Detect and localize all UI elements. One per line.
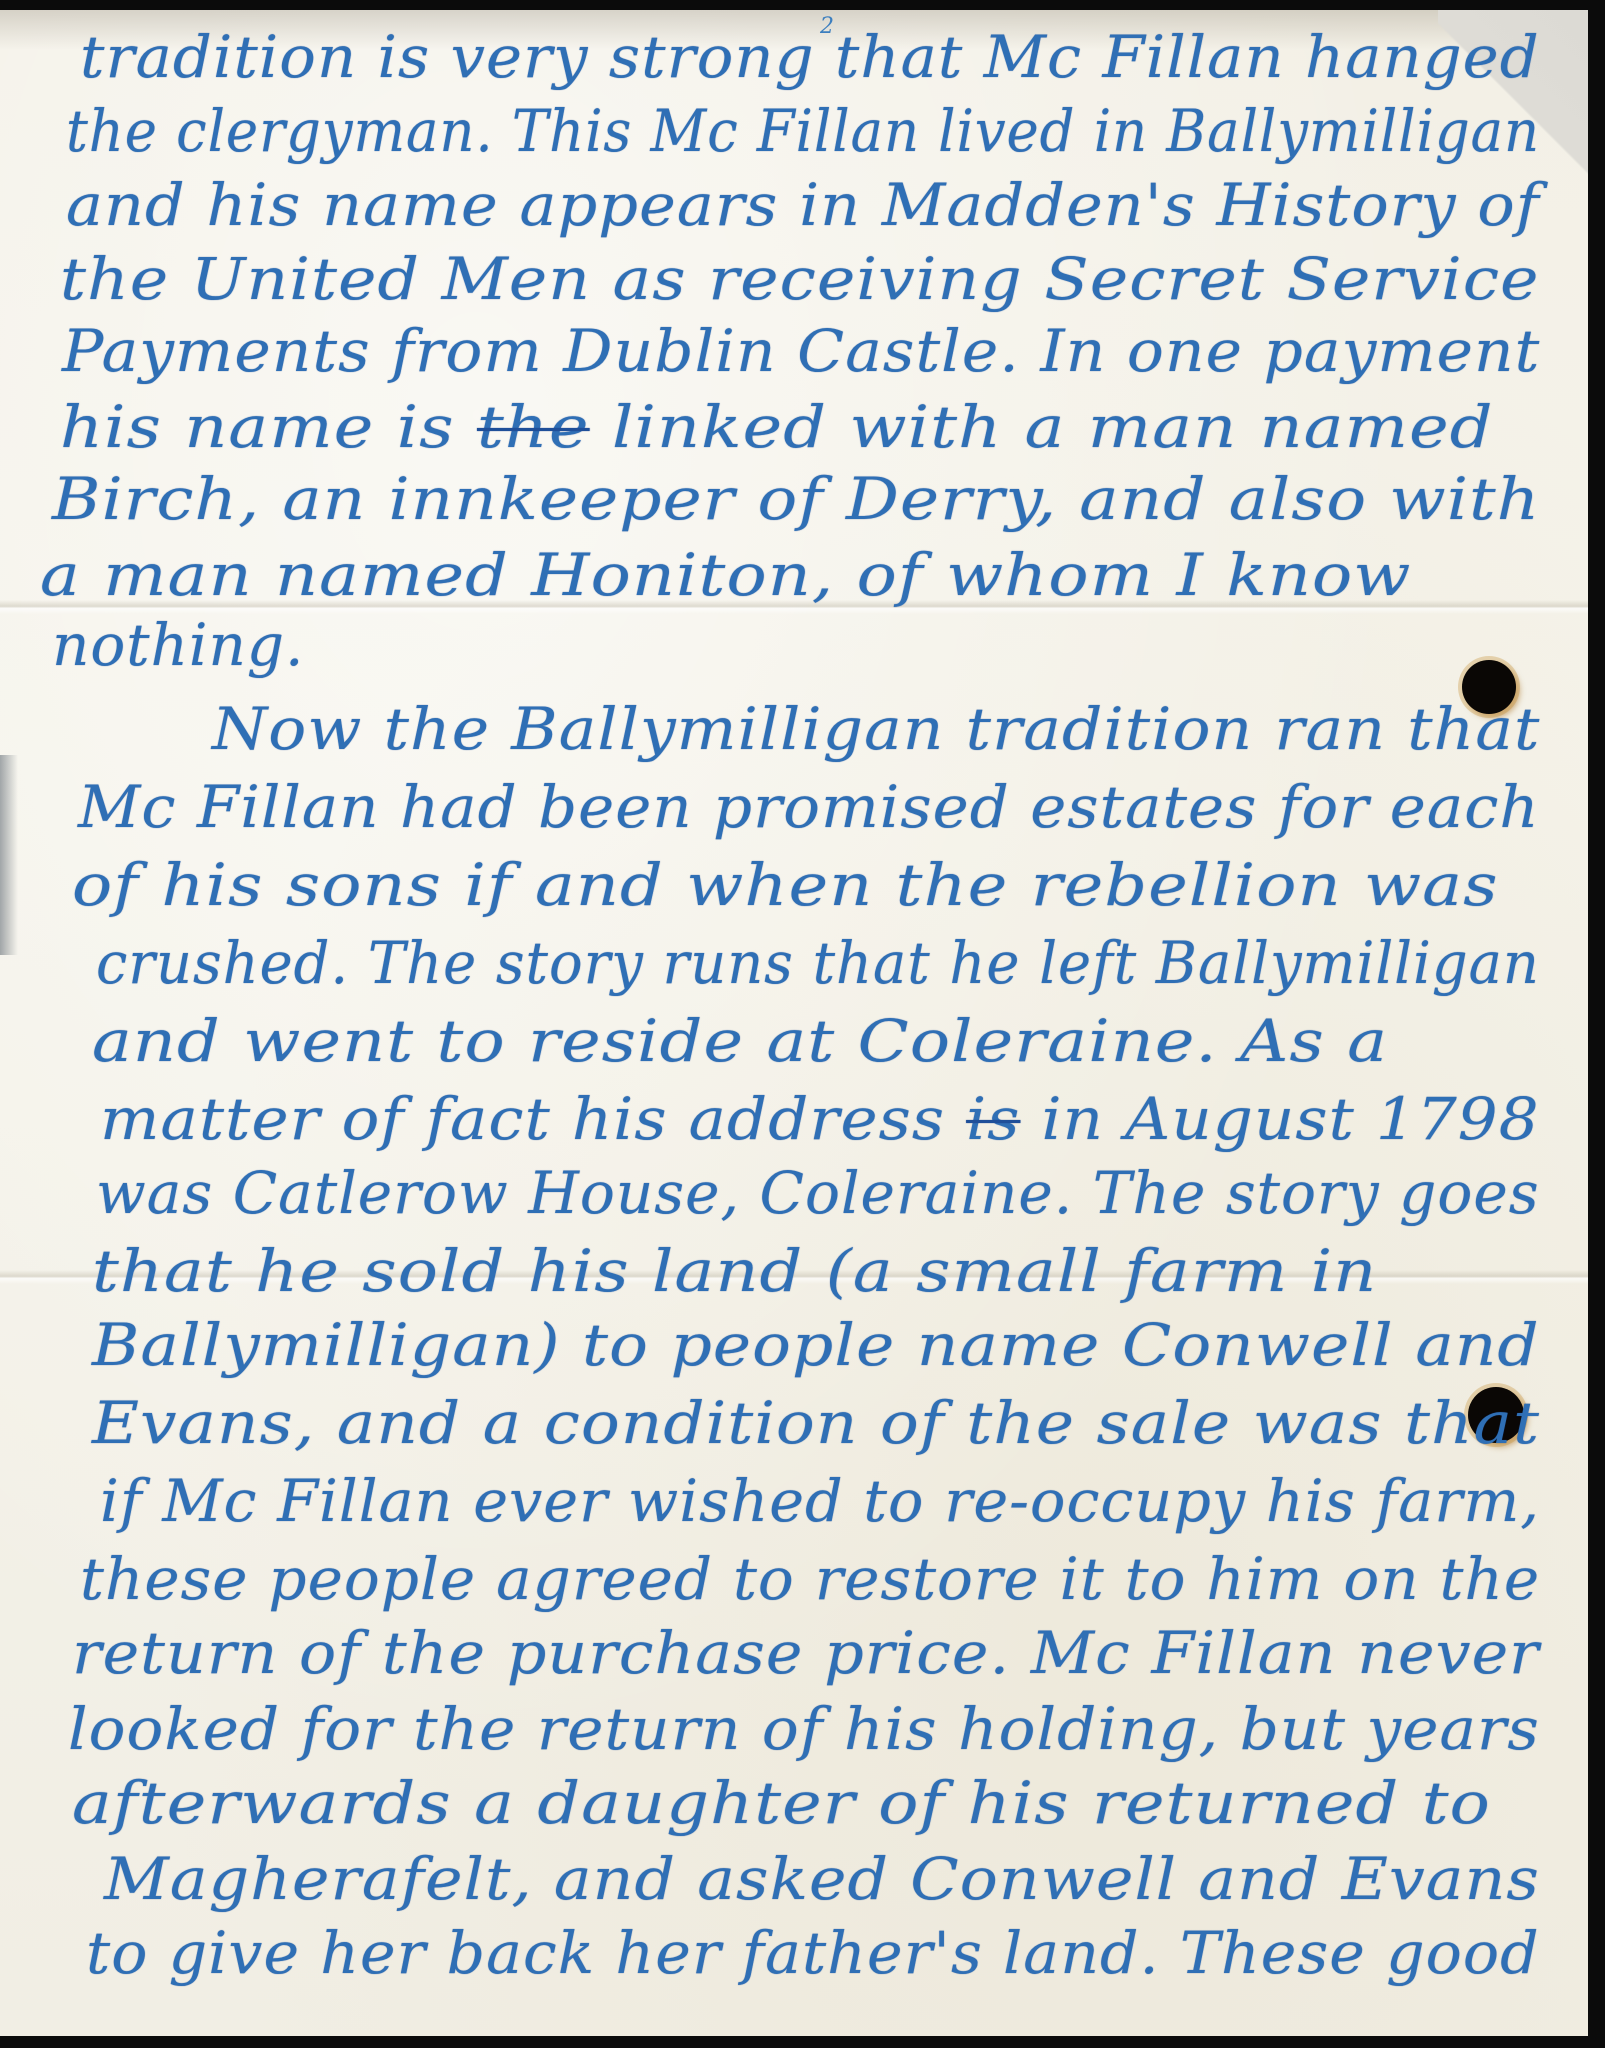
text-fragment: is [397,393,455,461]
text-line: and went to reside at Coleraine. As a [92,1012,1388,1070]
text-line: a man named Honiton, of whom I know [40,546,1412,604]
text-fragment: in August 1798 [1041,1085,1539,1153]
text-fragment: linked with a man named [612,393,1494,461]
text-line: Evans, and a condition of the sale was t… [92,1394,1540,1452]
text-line: tradition is very strong that Mc Fillan … [80,28,1540,86]
struck-out-word: the [477,393,590,461]
text-line: and his name appears in Madden's History… [66,176,1540,234]
scanned-letter-page: 2 tradition is very strong that Mc Filla… [0,0,1605,2048]
text-line: these people agreed to restore it to him… [80,1550,1540,1608]
text-line-with-correction: matter of fact his address is in August … [100,1090,1540,1148]
text-line: Mc Fillan had been promised estates for … [78,778,1540,836]
text-line: Ballymilligan) to people name Conwell an… [92,1316,1540,1374]
text-line: afterwards a daughter of his returned to [72,1774,1491,1832]
text-line: Birch, an innkeeper of Derry, and also w… [52,470,1540,528]
text-line: Now the Ballymilligan tradition ran that [212,700,1540,758]
text-line: nothing. [52,616,304,674]
paper-sheet: 2 tradition is very strong that Mc Filla… [0,10,1588,2036]
struck-out-word: is [966,1085,1020,1153]
text-line: the clergyman. This Mc Fillan lived in B… [66,102,1540,160]
text-line-with-correction: his name is the linked with a man named [60,398,1494,456]
text-line: looked for the return of his holding, bu… [68,1700,1540,1758]
text-line: of his sons if and when the rebellion wa… [72,856,1499,914]
text-line: the United Men as receiving Secret Servi… [60,250,1540,308]
text-fragment: his name [60,393,374,461]
text-line: to give her back her father's land. Thes… [86,1924,1540,1982]
handwritten-text-body: tradition is very strong that Mc Fillan … [0,10,1588,2036]
text-line: crushed. The story runs that he left Bal… [96,934,1540,992]
text-fragment: matter of fact his address [100,1085,945,1153]
text-line: was Catlerow House, Coleraine. The story… [96,1164,1540,1222]
text-line: if Mc Fillan ever wished to re-occupy hi… [100,1472,1540,1530]
text-line: Payments from Dublin Castle. In one paym… [62,322,1540,380]
text-line: return of the purchase price. Mc Fillan … [72,1624,1540,1682]
text-line: Magherafelt, and asked Conwell and Evans [104,1850,1540,1908]
text-line: that he sold his land (a small farm in [92,1242,1377,1300]
